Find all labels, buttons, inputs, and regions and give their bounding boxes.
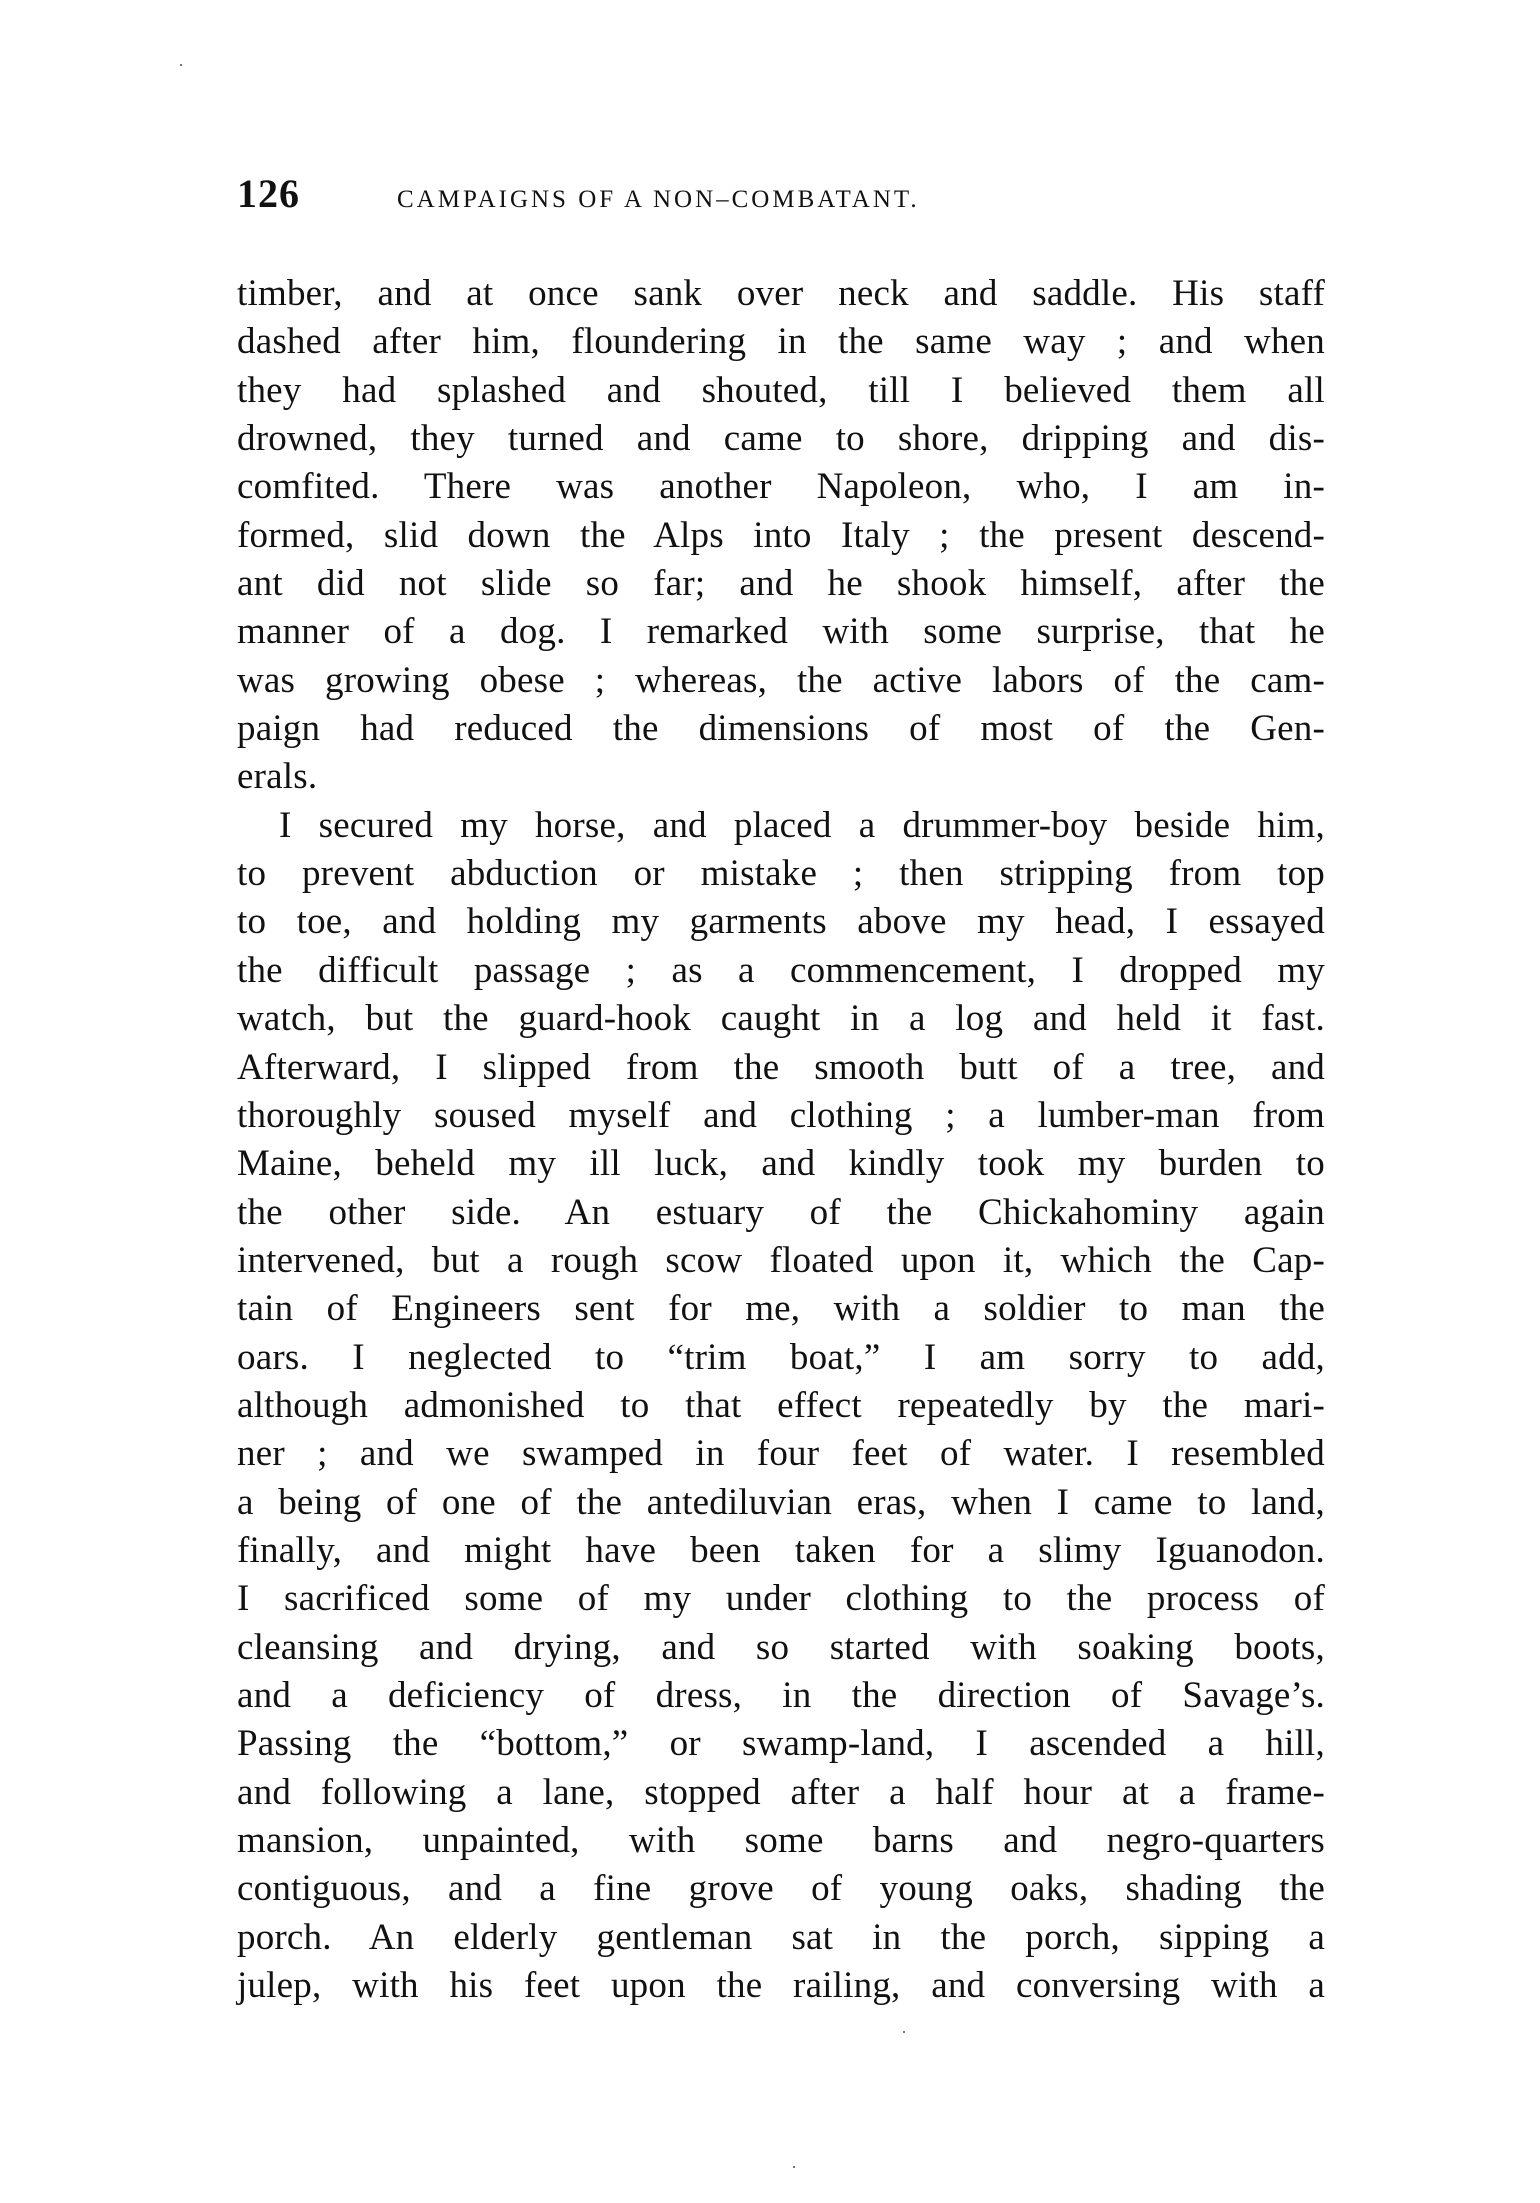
page-number: 126 — [237, 170, 397, 217]
text-line: a being of one of the antediluvian eras,… — [237, 1479, 1325, 1527]
text-line: Afterward, I slipped from the smooth but… — [237, 1044, 1325, 1092]
text-line: tain of Engineers sent for me, with a so… — [237, 1285, 1325, 1333]
scan-speck — [793, 2166, 795, 2168]
text-line: the other side. An estuary of the Chicka… — [237, 1189, 1325, 1237]
text-line: cleansing and drying, and so started wit… — [237, 1624, 1325, 1672]
text-line: the difficult passage ; as a commencemen… — [237, 947, 1325, 995]
running-title: CAMPAIGNS OF A NON–COMBATANT. — [397, 186, 920, 214]
text-line: they had splashed and shouted, till I be… — [237, 367, 1325, 415]
paragraph-end-line: erals. — [237, 753, 1325, 801]
text-line: and a deficiency of dress, in the direct… — [237, 1672, 1325, 1720]
text-line: dashed after him, floundering in the sam… — [237, 318, 1325, 366]
text-line: Passing the “bottom,” or swamp-land, I a… — [237, 1720, 1325, 1768]
text-line: ant did not slide so far; and he shook h… — [237, 560, 1325, 608]
text-line: formed, slid down the Alps into Italy ; … — [237, 512, 1325, 560]
text-line: to prevent abduction or mistake ; then s… — [237, 850, 1325, 898]
text-line: comfited. There was another Napoleon, wh… — [237, 463, 1325, 511]
text-line: drowned, they turned and came to shore, … — [237, 415, 1325, 463]
text-line: was growing obese ; whereas, the active … — [237, 657, 1325, 705]
text-line: julep, with his feet upon the railing, a… — [237, 1962, 1325, 2010]
text-line: finally, and might have been taken for a… — [237, 1527, 1325, 1575]
text-line: mansion, unpainted, with some barns and … — [237, 1817, 1325, 1865]
running-head: 126 CAMPAIGNS OF A NON–COMBATANT. — [237, 170, 1327, 218]
text-line: paign had reduced the dimensions of most… — [237, 705, 1325, 753]
book-page: 126 CAMPAIGNS OF A NON–COMBATANT. timber… — [0, 0, 1540, 2203]
text-line: thoroughly soused myself and clothing ; … — [237, 1092, 1325, 1140]
text-line: intervened, but a rough scow floated upo… — [237, 1237, 1325, 1285]
text-line: manner of a dog. I remarked with some su… — [237, 608, 1325, 656]
scan-speck — [903, 2031, 905, 2033]
text-line: contiguous, and a fine grove of young oa… — [237, 1865, 1325, 1913]
body-text: timber, and at once sank over neck and s… — [237, 270, 1325, 2010]
text-line: porch. An elderly gentleman sat in the p… — [237, 1914, 1325, 1962]
text-line: timber, and at once sank over neck and s… — [237, 270, 1325, 318]
text-line: although admonished to that effect repea… — [237, 1382, 1325, 1430]
paragraph-start-line: I secured my horse, and placed a drummer… — [237, 802, 1325, 850]
text-line: watch, but the guard-hook caught in a lo… — [237, 995, 1325, 1043]
text-line: to toe, and holding my garments above my… — [237, 898, 1325, 946]
text-line: I sacrificed some of my under clothing t… — [237, 1575, 1325, 1623]
text-line: Maine, beheld my ill luck, and kindly to… — [237, 1140, 1325, 1188]
scan-speck — [180, 64, 182, 66]
text-line: oars. I neglected to “trim boat,” I am s… — [237, 1334, 1325, 1382]
text-line: and following a lane, stopped after a ha… — [237, 1769, 1325, 1817]
text-line: ner ; and we swamped in four feet of wat… — [237, 1430, 1325, 1478]
